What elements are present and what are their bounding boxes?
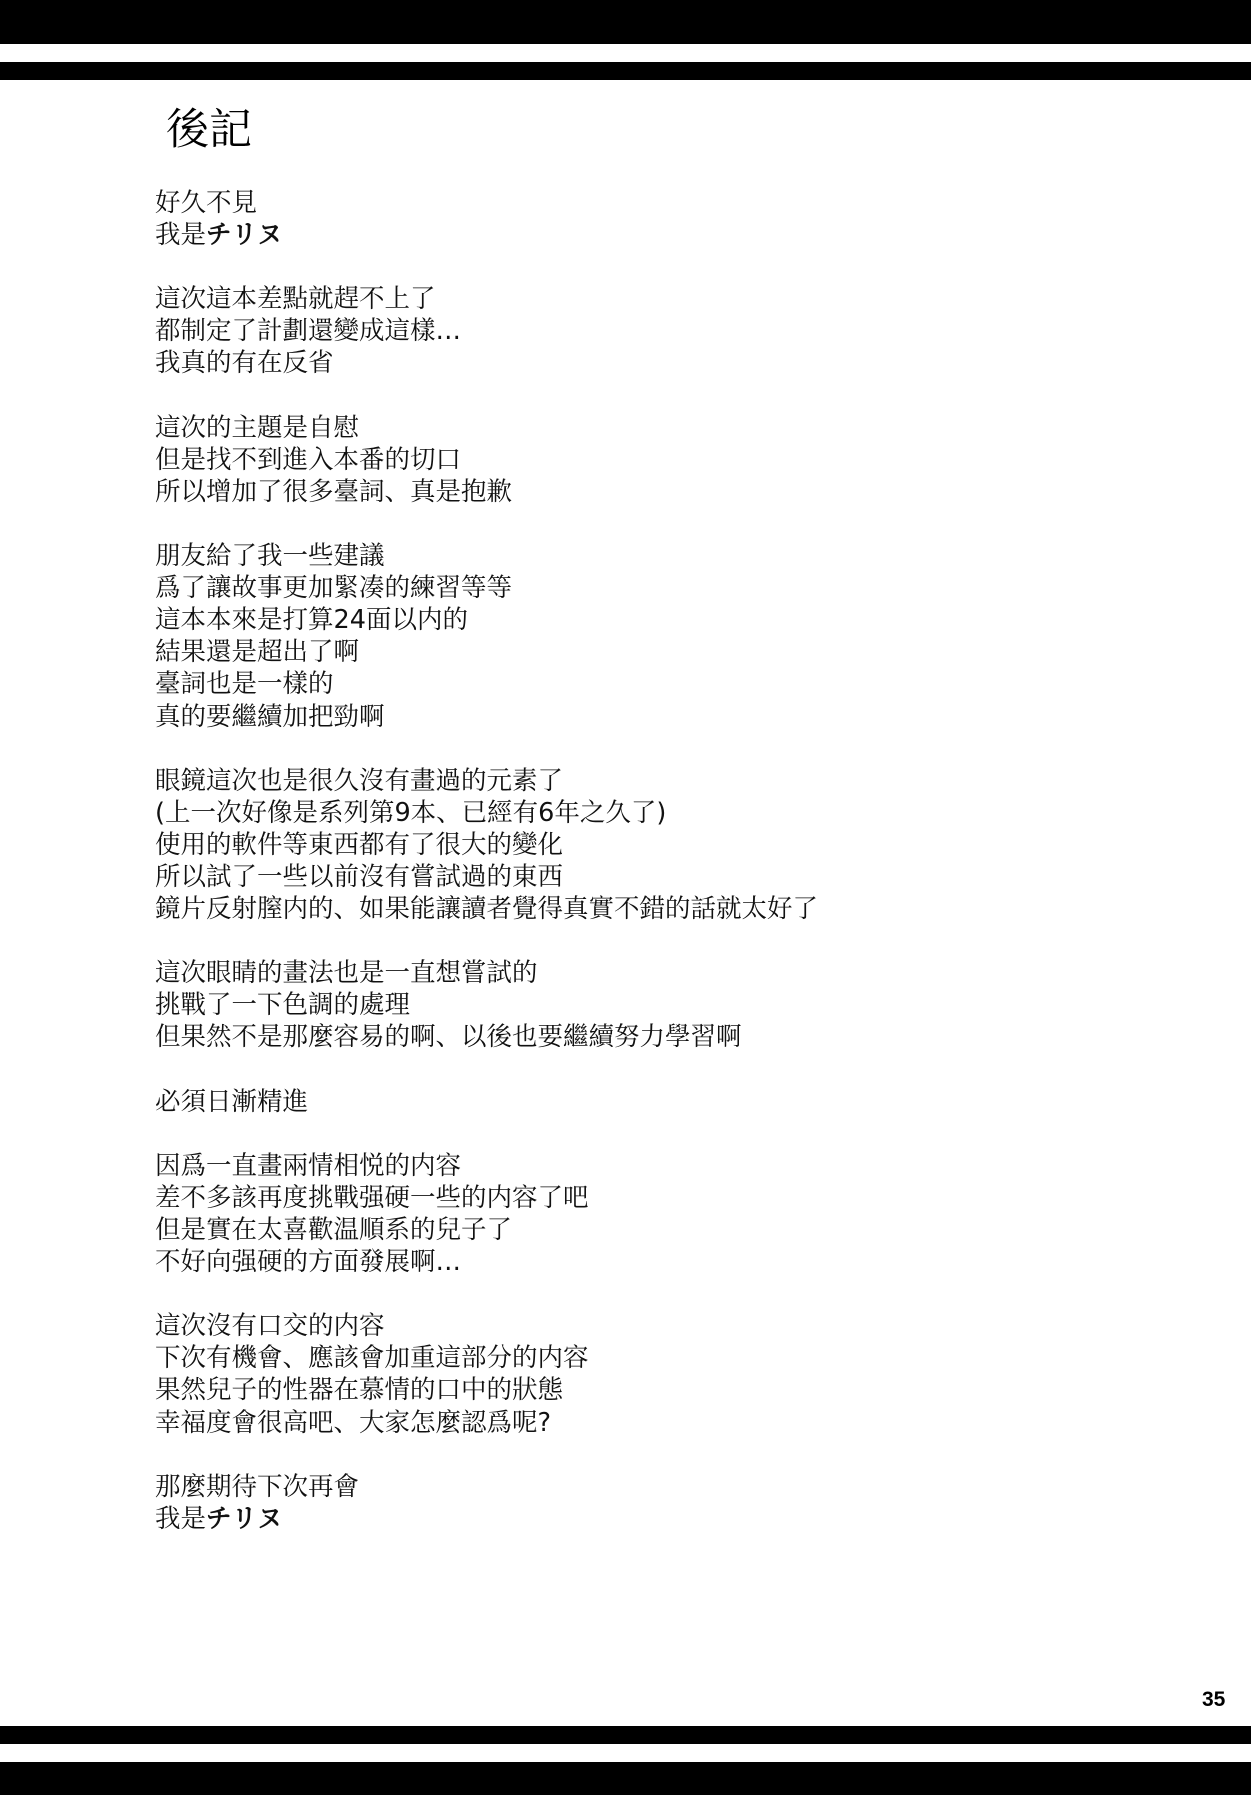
signature-prefix: 我是 (155, 1504, 206, 1534)
text-line: 我真的有在反省 (155, 347, 1155, 379)
text-line: 這次眼睛的畫法也是一直想嘗試的 (155, 957, 1155, 989)
text-line: 那麼期待下次再會 (155, 1471, 1155, 1503)
text-line: 使用的軟件等東西都有了很大的變化 (155, 829, 1155, 861)
text-line: 下次有機會、應該會加重這部分的内容 (155, 1342, 1155, 1374)
top-border-stripe (0, 62, 1251, 80)
blank-line (155, 925, 1155, 957)
text-line: 好久不見 (155, 187, 1155, 219)
blank-line (155, 1278, 1155, 1310)
text-line: 結果還是超出了啊 (155, 636, 1155, 668)
text-line: 眼鏡這次也是很久沒有畫過的元素了 (155, 765, 1155, 797)
bottom-border-stripe (0, 1726, 1251, 1744)
top-border-bar (0, 0, 1251, 44)
text-line: 果然兒子的性器在慕情的口中的狀態 (155, 1374, 1155, 1406)
text-line: 但是實在太喜歡温順系的兒子了 (155, 1214, 1155, 1246)
text-line: 但果然不是那麼容易的啊、以後也要繼續努力學習啊 (155, 1021, 1155, 1053)
text-line: 幸福度會很高吧、大家怎麼認爲呢? (155, 1407, 1155, 1439)
text-line: (上一次好像是系列第9本、已經有6年之久了) (155, 797, 1155, 829)
signature-prefix: 我是 (155, 220, 206, 250)
page-number: 35 (1202, 1687, 1225, 1713)
page-title: 後記 (166, 102, 252, 158)
text-line: 所以增加了很多臺詞、真是抱歉 (155, 476, 1155, 508)
text-line: 鏡片反射膣内的、如果能讓讀者覺得真實不錯的話就太好了 (155, 893, 1155, 925)
text-line: 差不多該再度挑戰强硬一些的内容了吧 (155, 1182, 1155, 1214)
text-line: 這本本來是打算24面以内的 (155, 604, 1155, 636)
blank-line (155, 380, 1155, 412)
signature-line: 我是チリヌ (155, 219, 1155, 251)
text-line: 挑戰了一下色調的處理 (155, 989, 1155, 1021)
author-name: チリヌ (206, 220, 283, 250)
signature-line: 我是チリヌ (155, 1503, 1155, 1535)
text-line: 這次這本差點就趕不上了 (155, 283, 1155, 315)
text-line: 都制定了計劃還變成這樣… (155, 315, 1155, 347)
text-line: 朋友給了我一些建議 (155, 540, 1155, 572)
blank-line (155, 1054, 1155, 1086)
text-line: 但是找不到進入本番的切口 (155, 444, 1155, 476)
blank-line (155, 1439, 1155, 1471)
text-line: 這次沒有口交的内容 (155, 1310, 1155, 1342)
blank-line (155, 251, 1155, 283)
text-line: 爲了讓故事更加緊凑的練習等等 (155, 572, 1155, 604)
author-name: チリヌ (206, 1504, 283, 1534)
text-line: 臺詞也是一樣的 (155, 668, 1155, 700)
blank-line (155, 733, 1155, 765)
text-line: 這次的主題是自慰 (155, 412, 1155, 444)
text-line: 不好向强硬的方面發展啊… (155, 1246, 1155, 1278)
blank-line (155, 508, 1155, 540)
text-line: 必須日漸精進 (155, 1086, 1155, 1118)
text-line: 因爲一直畫兩情相悦的内容 (155, 1150, 1155, 1182)
text-line: 所以試了一些以前沒有嘗試過的東西 (155, 861, 1155, 893)
bottom-border-bar (0, 1762, 1251, 1795)
blank-line (155, 1118, 1155, 1150)
afterword-body: 好久不見 我是チリヌ 這次這本差點就趕不上了 都制定了計劃還變成這樣… 我真的有… (155, 187, 1155, 1535)
text-line: 真的要繼續加把勁啊 (155, 701, 1155, 733)
